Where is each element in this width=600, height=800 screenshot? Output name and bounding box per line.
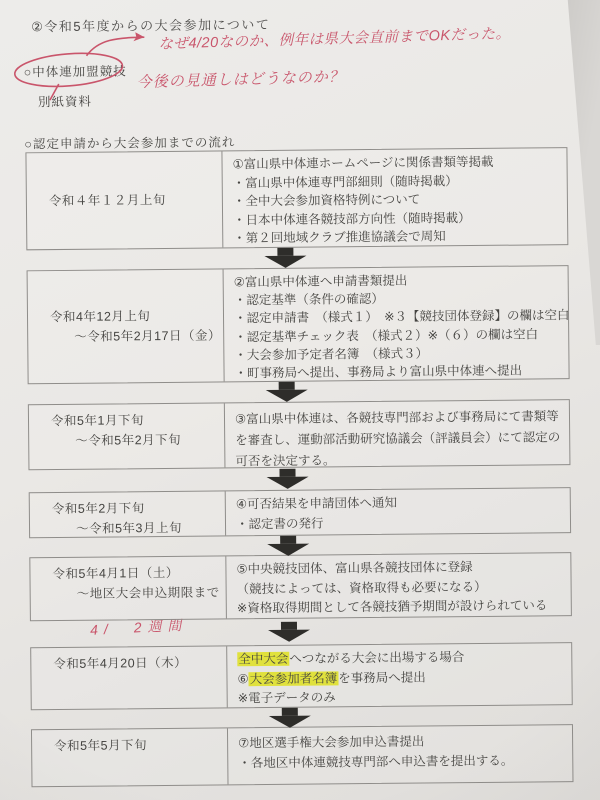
highlight-text: 全中大会 bbox=[237, 652, 289, 666]
date-line: 令和4年12月上旬 bbox=[50, 305, 219, 327]
line-text: ④可否結果を申請団体へ通知 bbox=[236, 496, 397, 512]
date-cell: 令和5年2月下旬 ～令和5年3月上旬 bbox=[30, 491, 226, 537]
annotation-circle bbox=[14, 50, 124, 90]
content-cell: ②富山県中体連へ申請書類提出 ・認定基準（条件の確認） ・認定申請書 （様式１）… bbox=[224, 266, 579, 381]
line-text: へつながる大会に出場する場合 bbox=[289, 650, 464, 666]
content-cell: ⑦地区選手権大会参加申込書提出 ・各地区中体連競技専門部へ申込書を提出する。 bbox=[228, 725, 573, 784]
content-line: ・認定書の発行 bbox=[236, 512, 562, 535]
date-cell: 令和5年1月下旬 ～令和5年2月下旬 bbox=[29, 403, 226, 469]
down-arrow-icon bbox=[266, 469, 308, 489]
line-text: ・認定書の発行 bbox=[236, 516, 324, 531]
flow-row: 令和4年12月上旬 ～令和5年2月17日（金） ②富山県中体連へ申請書類提出 ・… bbox=[27, 265, 570, 384]
line-text: ①富山県中体連ホームページに関係書類等掲載 bbox=[232, 155, 493, 172]
date-line: 令和5年2月下旬 bbox=[52, 497, 221, 519]
date-cell: 令和４年１２月上旬 bbox=[26, 151, 223, 249]
flow-row: 令和5年1月下旬 ～令和5年2月下旬 ③富山県中体連は、各競技専門部および事務局… bbox=[28, 399, 571, 470]
date-cell: 令和5年5月下旬 bbox=[32, 728, 229, 786]
down-arrow-icon bbox=[264, 248, 306, 268]
date-line: ～令和5年2月17日（金） bbox=[50, 325, 219, 347]
line-text: ・日本中体連各競技部方向性（随時掲載） bbox=[233, 211, 471, 227]
line-text: ※資格取得期間として各競技猶予期間が設けられている bbox=[237, 598, 548, 615]
date-line: 令和5年5月下旬 bbox=[54, 734, 223, 756]
flow-row: 令和5年4月20日（木） 全中大会へつながる大会に出場する場合 ⑥大会参加者名簿… bbox=[30, 642, 573, 710]
content-line: ③富山県中体連は、各競技専門部および事務局にて書類等を審査し、運動部活動研究協議… bbox=[235, 406, 562, 472]
line-text: ・全中大会参加資格特例について bbox=[233, 193, 420, 209]
line-text: ・認定基準（条件の確認） bbox=[234, 292, 384, 307]
date-line: 令和４年１２月上旬 bbox=[49, 189, 218, 211]
line-text: ・認定基準チェック表 （様式２）※（６）の欄は空白 bbox=[234, 327, 538, 344]
down-arrow-icon bbox=[268, 622, 310, 642]
line-text: ②富山県中体連へ申請書類提出 bbox=[234, 274, 408, 290]
flow-row: 令和４年１２月上旬 ①富山県中体連ホームページに関係書類等掲載 ・富山県中体連専… bbox=[25, 147, 568, 250]
red-pen-annotation-marks bbox=[0, 0, 597, 131]
down-arrow-icon bbox=[267, 535, 309, 555]
content-line: ・認定基準チェック表 （様式２）※（６）の欄は空白 bbox=[234, 325, 570, 346]
line-text: ・認定申請書 （様式１） ※３【競技団体登録】の欄は空白 bbox=[234, 309, 570, 326]
content-cell: ④可否結果を申請団体へ通知 ・認定書の発行 bbox=[226, 488, 570, 535]
flow-table: 令和４年１２月上旬 ①富山県中体連ホームページに関係書類等掲載 ・富山県中体連専… bbox=[25, 147, 573, 787]
document-page: ②令和5年度からの大会参加について ○中体連加盟競技 別紙資料 ○認定申請から大… bbox=[0, 0, 600, 800]
line-text: を事務局へ提出 bbox=[338, 670, 426, 685]
line-text: ・各地区中体連競技専門部へ申込書を提出する。 bbox=[238, 754, 513, 771]
line-text: ・町事務局へ提出、事務局より富山県中体連へ提出 bbox=[234, 364, 522, 381]
content-line: ※資格取得期間として各競技猶予期間が設けられている bbox=[237, 596, 563, 619]
content-line: ・各地区中体連競技専門部へ申込書を提出する。 bbox=[238, 750, 564, 773]
date-cell: 令和4年12月上旬 ～令和5年2月17日（金） bbox=[28, 269, 225, 383]
line-text: ⑤中央競技団体、富山県各競技団体に登録 bbox=[236, 560, 472, 576]
line-text: （競技によっては、資格取得も必要になる） bbox=[237, 579, 487, 595]
down-arrow-icon bbox=[269, 707, 311, 727]
flow-title: ○認定申請から大会参加までの流れ bbox=[24, 132, 235, 152]
highlight-text: 大会参加者名簿 bbox=[249, 671, 339, 686]
line-text: ③富山県中体連は、各競技専門部および事務局にて書類等を審査し、運動部活動研究協議… bbox=[235, 409, 560, 468]
arrow-gap bbox=[30, 616, 572, 647]
content-cell: ①富山県中体連ホームページに関係書類等掲載 ・富山県中体連専門部細則（随時掲載）… bbox=[222, 148, 567, 247]
line-text: ※電子データのみ bbox=[238, 690, 336, 705]
date-cell: 令和5年4月20日（木） bbox=[31, 646, 228, 709]
line-text: ・第２回地域クラブ推進協議会で周知 bbox=[233, 230, 446, 246]
line-text: ・富山県中体連専門部細則（随時掲載） bbox=[233, 174, 458, 190]
content-cell: ⑤中央競技団体、富山県各競技団体に登録 （競技によっては、資格取得も必要になる）… bbox=[226, 553, 571, 618]
content-cell: ③富山県中体連は、各競技専門部および事務局にて書類等を審査し、運動部活動研究協議… bbox=[225, 400, 570, 467]
flow-row: 令和5年5月下旬 ⑦地区選手権大会参加申込書提出 ・各地区中体連競技専門部へ申込… bbox=[31, 724, 574, 787]
date-line: 令和5年4月20日（木） bbox=[53, 652, 222, 674]
date-cell: 令和5年4月1日（土） ～地区大会申込期限まで bbox=[30, 556, 227, 620]
date-line: 令和5年1月下旬 bbox=[51, 409, 220, 431]
down-arrow-icon bbox=[266, 382, 308, 402]
date-line: 令和5年4月1日（土） bbox=[52, 562, 221, 584]
line-text: ⑦地区選手権大会参加申込書提出 bbox=[238, 735, 424, 751]
content-cell: 全中大会へつながる大会に出場する場合 ⑥大会参加者名簿を事務局へ提出 ※電子デー… bbox=[227, 643, 572, 707]
line-text: ⑥ bbox=[237, 672, 248, 686]
flow-row: 令和5年4月1日（土） ～地区大会申込期限まで ⑤中央競技団体、富山県各競技団体… bbox=[29, 552, 572, 621]
flow-row: 令和5年2月下旬 ～令和5年3月上旬 ④可否結果を申請団体へ通知 ・認定書の発行 bbox=[29, 487, 571, 538]
line-text: ・大会参加予定者名簿 （様式３） bbox=[234, 346, 428, 362]
date-line: ～地区大会申込期限まで bbox=[53, 582, 222, 604]
date-line: ～令和5年2月下旬 bbox=[51, 429, 220, 451]
